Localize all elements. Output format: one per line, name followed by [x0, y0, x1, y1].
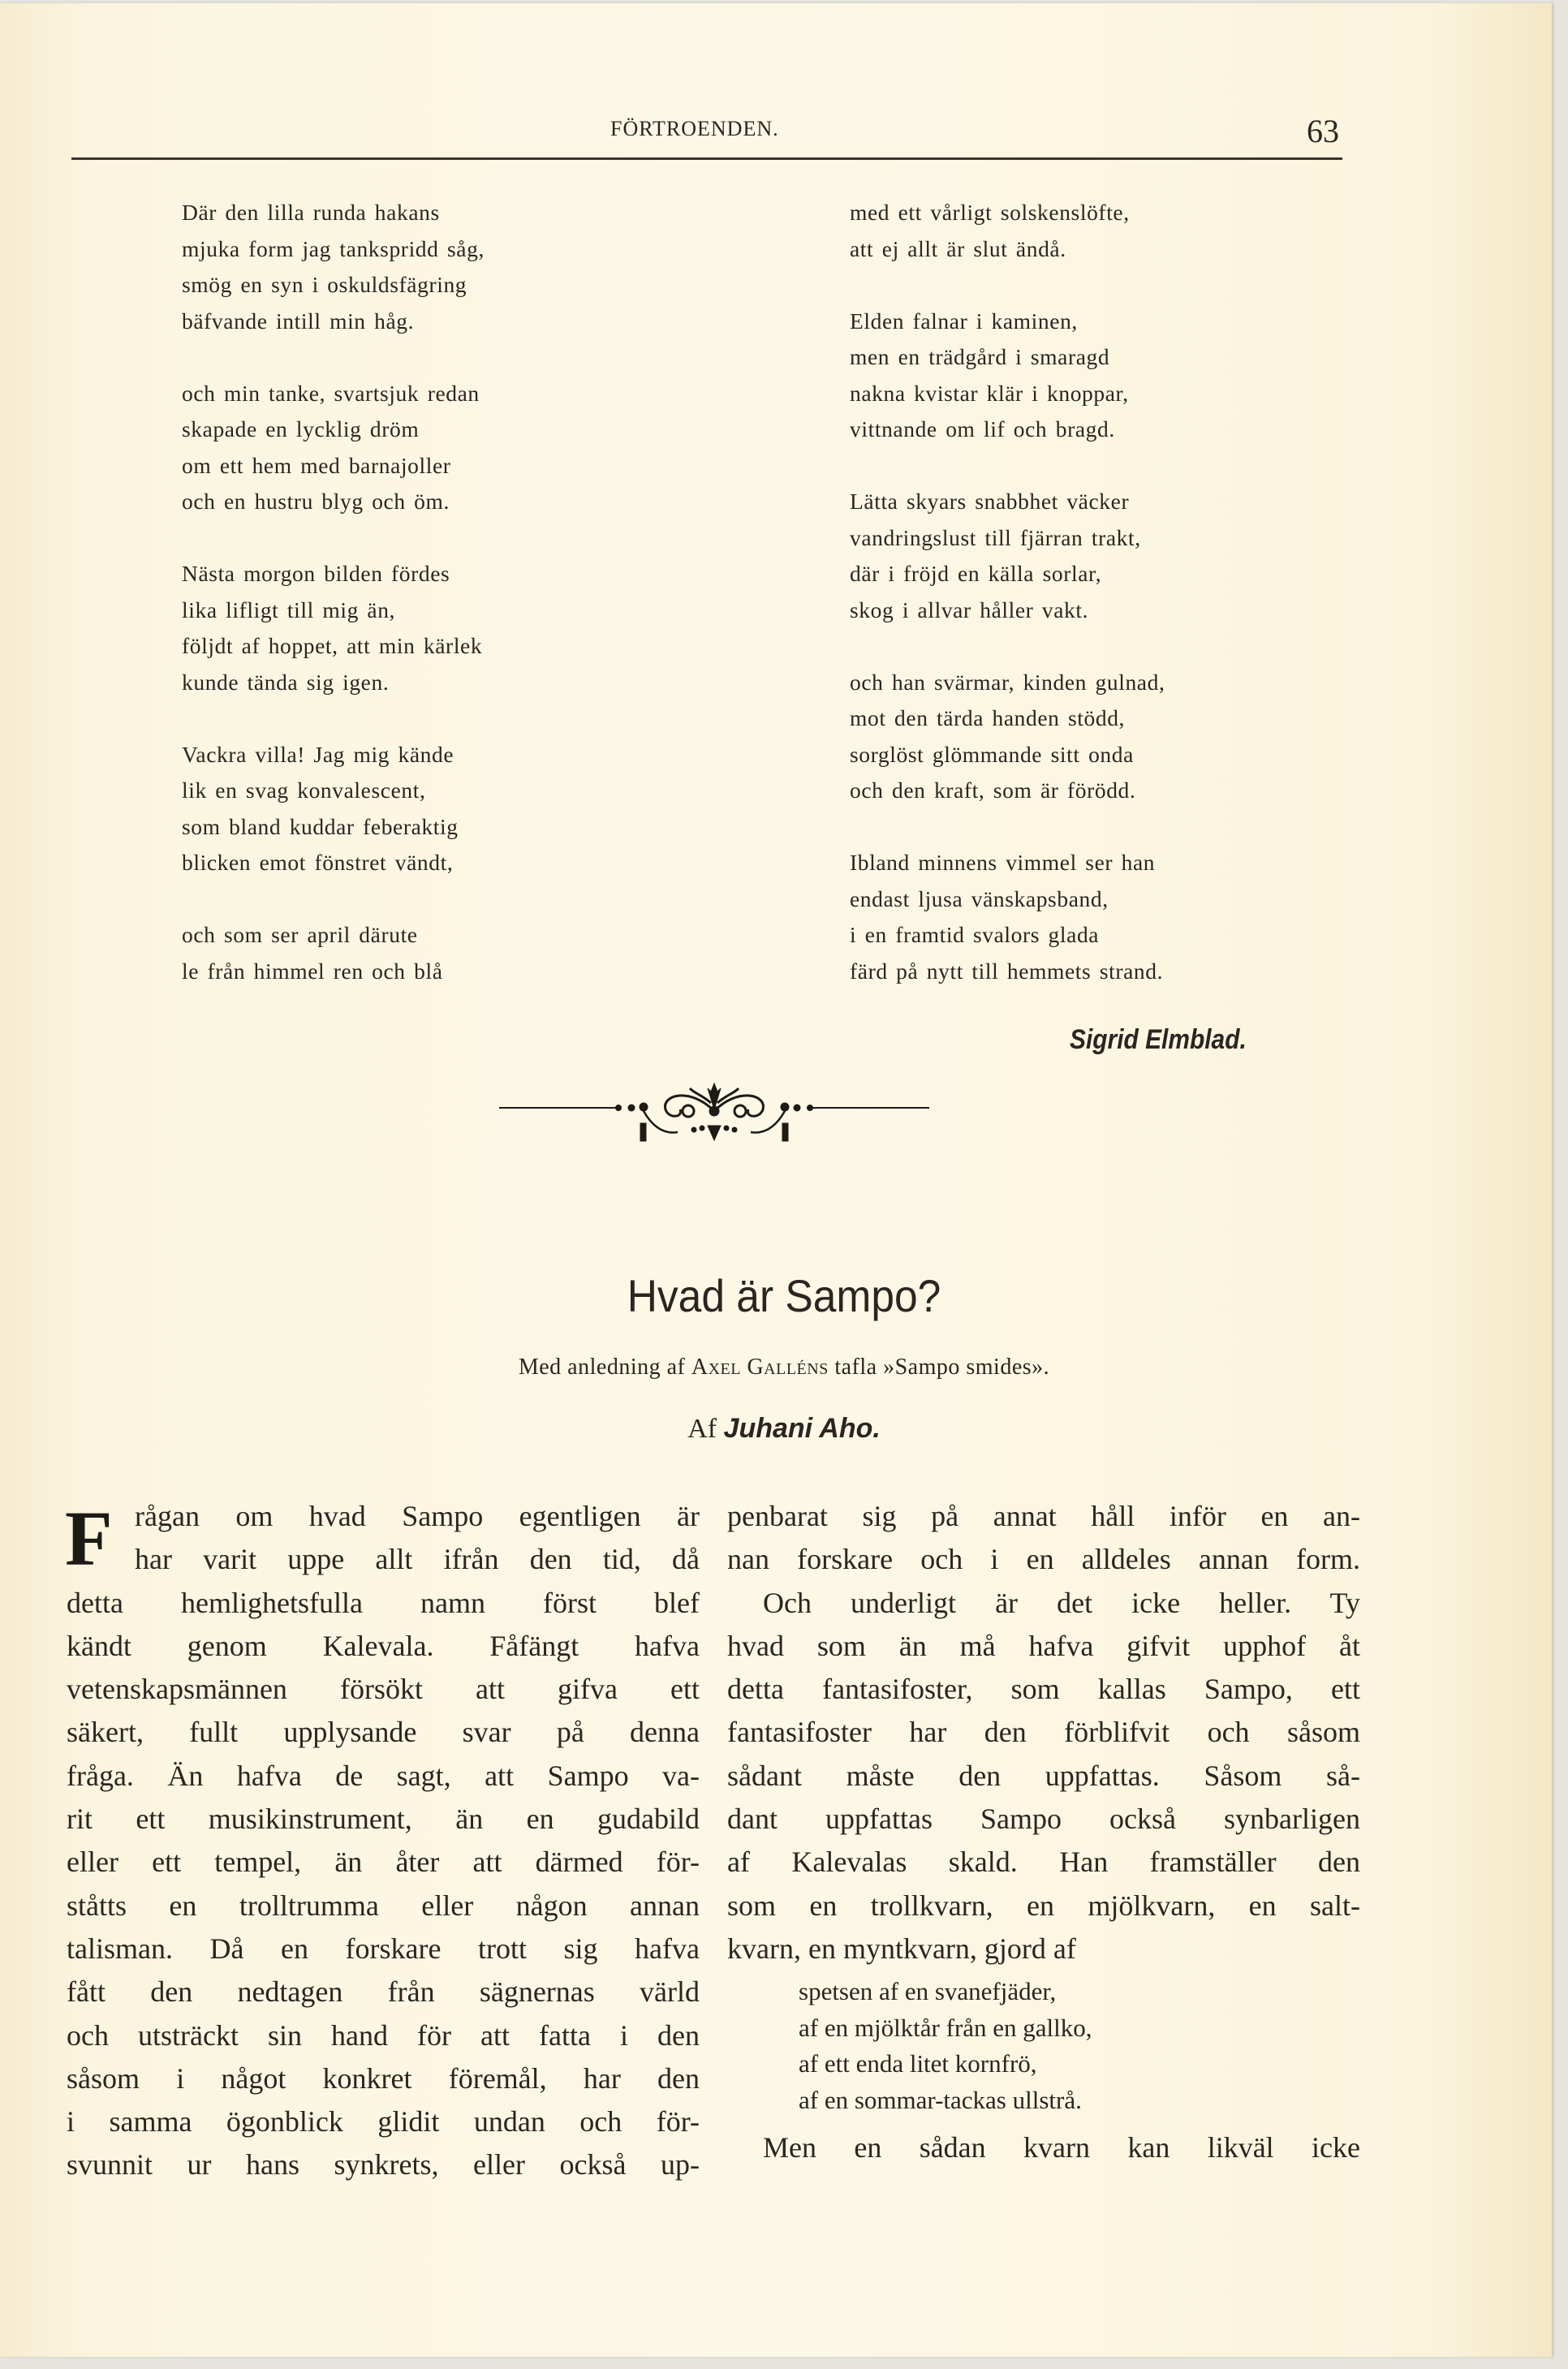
poem-signature: Sigrid Elmblad. — [1070, 1024, 1247, 1056]
page-number: 63 — [1307, 112, 1339, 150]
poem-line: att ej allt är slut ändå. — [850, 231, 1165, 268]
poem-line: där i fröjd en källa sorlar, — [850, 556, 1165, 592]
poem-line: Nästa morgon bilden fördes — [182, 556, 485, 592]
poem-stanza: Ibland minnens vimmel ser hanendast ljus… — [850, 845, 1165, 989]
prose-line: talisman. Då en forskare trott sig hafva — [67, 1928, 700, 1971]
prose-line: vetenskapsmännen försökt att gifva ett — [67, 1668, 700, 1711]
article-column-right: penbarat sig på annat håll inför en an-n… — [727, 1495, 1360, 2170]
byline-author: Juhani Aho. — [724, 1413, 881, 1444]
prose-line: fått den nedtagen från sägnernas värld — [67, 1971, 700, 2014]
fleuron-divider-icon — [495, 1079, 933, 1144]
verse-quote: spetsen af en svanefjäder,af en mjölktår… — [727, 1974, 1360, 2118]
article-title: Hvad är Sampo? — [62, 1269, 1505, 1322]
poem-line: Där den lilla runda hakans — [182, 195, 485, 231]
poem-line: Elden falnar i kaminen, — [850, 304, 1165, 340]
poem-line: som bland kuddar feberaktig — [182, 809, 485, 846]
byline-prefix: Af — [687, 1414, 717, 1444]
first-line: Frågan om hvad Sampo egentligen är — [67, 1495, 700, 1538]
prose-line: fantasifoster har den förblifvit och sås… — [727, 1711, 1360, 1754]
quote-line: af en mjölktår från en gallko, — [799, 2010, 1360, 2047]
prose-line: rågan om hvad Sampo egentligen är — [67, 1495, 700, 1538]
poem-stanza: Elden falnar i kaminen,men en trädgård i… — [850, 304, 1165, 448]
prose-line: nan forskare och i en alldeles annan for… — [727, 1538, 1360, 1581]
poem-line: Ibland minnens vimmel ser han — [850, 845, 1165, 881]
poem-stanza: och min tanke, svartsjuk redanskapade en… — [182, 376, 485, 520]
article-byline: Af Juhani Aho. — [0, 1413, 1568, 1445]
poem-line: vandringslust till fjärran trakt, — [850, 520, 1165, 557]
poem-line: och min tanke, svartsjuk redan — [182, 376, 485, 412]
prose-line: har varit uppe allt ifrån den tid, då — [67, 1538, 700, 1581]
poem-line: smög en syn i oskuldsfägring — [182, 267, 485, 304]
prose-line: penbarat sig på annat håll inför en an- — [727, 1495, 1360, 1538]
prose-line: och utsträckt sin hand för att fatta i d… — [67, 2014, 700, 2057]
poem-line: följdt af hoppet, att min kärlek — [182, 628, 485, 665]
poem-line: men en trädgård i smaragd — [850, 339, 1165, 376]
prose-line: säkert, fullt upplysande svar på denna — [67, 1711, 700, 1754]
poem-line: och den kraft, som är förödd. — [850, 773, 1165, 809]
subtitle-suffix: tafla »Sampo smides». — [834, 1355, 1049, 1380]
poem-stanza: Där den lilla runda hakansmjuka form jag… — [182, 195, 485, 339]
quote-line: spetsen af en svanefjäder, — [799, 1974, 1360, 2010]
poem-line: mjuka form jag tankspridd såg, — [182, 231, 485, 268]
prose-line: såsom i något konkret föremål, har den — [67, 2057, 700, 2100]
running-title: FÖRTROENDEN. — [610, 117, 779, 141]
poem-line: i en framtid svalors glada — [850, 917, 1165, 954]
prose-line: som en trollkvarn, en mjölkvarn, en salt… — [727, 1884, 1360, 1928]
poem-column-right: med ett vårligt solskenslöfte,att ej all… — [850, 195, 1165, 1026]
prose-line: ståtts en trolltrumma eller någon annan — [67, 1884, 700, 1928]
prose-line: dant uppfattas Sampo också synbarligen — [727, 1798, 1360, 1841]
book-page: FÖRTROENDEN. 63 Där den lilla runda haka… — [0, 3, 1552, 2357]
prose-line: rit ett musikinstrument, än en gudabild — [67, 1798, 700, 1841]
poem-line: färd på nytt till hemmets strand. — [850, 954, 1165, 990]
poem-line: lik en svag konvalescent, — [182, 773, 485, 809]
poem-line: och han svärmar, kinden gulnad, — [850, 665, 1165, 701]
prose-line: Men en sådan kvarn kan likväl icke — [727, 2126, 1360, 2169]
subtitle-prefix: Med anledning af — [519, 1355, 686, 1380]
poem-line: och en hustru blyg och öm. — [182, 484, 485, 520]
poem-line: Vackra villa! Jag mig kände — [182, 737, 485, 773]
poem-column-left: Där den lilla runda hakansmjuka form jag… — [182, 195, 485, 1026]
poem-line: kunde tända sig igen. — [182, 665, 485, 701]
poem-stanza: med ett vårligt solskenslöfte,att ej all… — [850, 195, 1165, 267]
poem-line: Lätta skyars snabbhet väcker — [850, 484, 1165, 520]
quote-line: af en sommar-tackas ullstrå. — [799, 2083, 1360, 2119]
poem-line: om ett hem med barnajoller — [182, 448, 485, 485]
prose-line: kändt genom Kalevala. Fåfängt hafva — [67, 1625, 700, 1668]
prose-line: detta fantasifoster, som kallas Sampo, e… — [727, 1668, 1360, 1711]
prose-line: Och underligt är det icke heller. Ty — [727, 1582, 1360, 1625]
poem-line: le från himmel ren och blå — [182, 954, 485, 990]
poem-line: mot den tärda handen stödd, — [850, 700, 1165, 737]
prose-line: af Kalevalas skald. Han framställer den — [727, 1841, 1360, 1884]
prose-line: svunnit ur hans synkrets, eller också up… — [67, 2143, 700, 2186]
poem-line: bäfvande intill min håg. — [182, 304, 485, 340]
poem-line: nakna kvistar klär i knoppar, — [850, 376, 1165, 412]
poem-stanza: och han svärmar, kinden gulnad,mot den t… — [850, 665, 1165, 809]
prose-line: fråga. Än hafva de sagt, att Sampo va- — [67, 1755, 700, 1798]
poem-line: blicken emot fönstret vändt, — [182, 845, 485, 881]
prose-line: kvarn, en myntkvarn, gjord af — [727, 1928, 1360, 1971]
poem-line: med ett vårligt solskenslöfte, — [850, 195, 1165, 231]
poem-line: endast ljusa vänskapsband, — [850, 881, 1165, 918]
quote-line: af ett enda litet kornfrö, — [799, 2046, 1360, 2083]
prose-line: i samma ögonblick glidit undan och för- — [67, 2100, 700, 2143]
poem-stanza: Lätta skyars snabbhet väckervandringslus… — [850, 484, 1165, 628]
poem-stanza: och som ser april därutele från himmel r… — [182, 917, 485, 989]
poem-line: vittnande om lif och bragd. — [850, 411, 1165, 448]
poem-stanza: Nästa morgon bilden fördeslika lifligt t… — [182, 556, 485, 700]
article-column-left: Frågan om hvad Sampo egentligen ärhar va… — [67, 1495, 700, 2187]
prose-line: hvad som än må hafva gifvit upphof åt — [727, 1625, 1360, 1668]
poem-line: lika lifligt till mig än, — [182, 592, 485, 629]
header-rule — [71, 157, 1342, 160]
prose-line: eller ett tempel, än åter att därmed för… — [67, 1841, 700, 1884]
drop-cap-initial: F — [65, 1500, 113, 1578]
poem-line: skog i allvar håller vakt. — [850, 592, 1165, 629]
prose-line: sådant måste den uppfattas. Såsom så- — [727, 1755, 1360, 1798]
poem-line: sorglöst glömmande sitt onda — [850, 737, 1165, 773]
article-subtitle: Med anledning af Axel Galléns tafla »Sam… — [0, 1355, 1568, 1380]
poem-stanza: Vackra villa! Jag mig kändelik en svag k… — [182, 737, 485, 881]
prose-line: detta hemlighetsfulla namn först blef — [67, 1582, 700, 1625]
subtitle-artist: Axel Galléns — [691, 1355, 829, 1380]
poem-line: och som ser april därute — [182, 917, 485, 954]
poem-line: skapade en lycklig dröm — [182, 411, 485, 448]
